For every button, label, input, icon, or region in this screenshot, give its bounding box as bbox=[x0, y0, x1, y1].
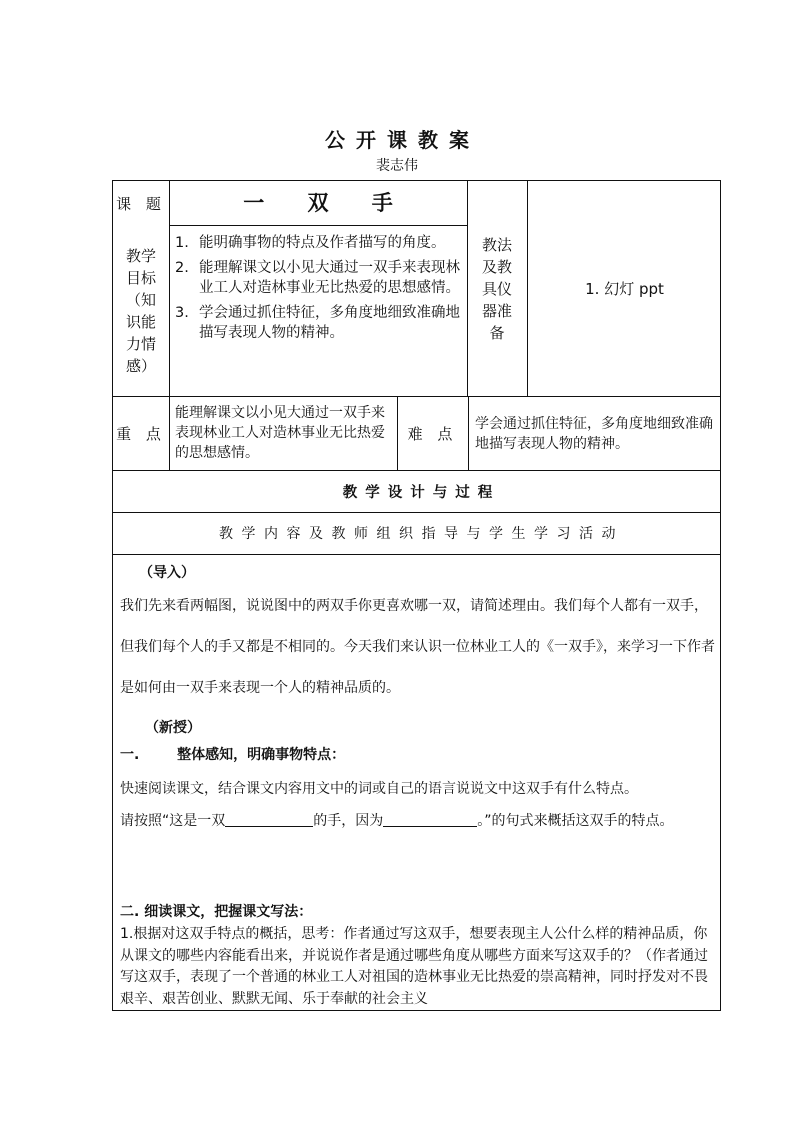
part2-question-1: 1.根据对这双手特点的概括，思考：作者通过写这双手，想要表现主人公什么样的精神品… bbox=[120, 924, 716, 1010]
divider bbox=[169, 225, 467, 226]
document-author: 裴志伟 bbox=[0, 155, 794, 175]
materials-label-cell: 教法及教具仪器准备 bbox=[467, 181, 527, 396]
topic-label: 课 题 bbox=[113, 181, 169, 225]
objective-number: 2. bbox=[175, 258, 199, 298]
prompt-part-c: 。”的句式来概括这双手的特点。 bbox=[477, 813, 673, 829]
objectives-list: 1. 能明确事物的特点及作者描写的角度。 2. 能理解课文以小见大通过一双手来表… bbox=[175, 233, 465, 343]
objective-text: 学会通过抓住特征，多角度地细致准确地描写表现人物的精神。 bbox=[199, 303, 465, 343]
fill-blank-1[interactable] bbox=[225, 812, 313, 827]
part1-prompt: 请按照“这是一双的手，因为。”的句式来概括这双手的特点。 bbox=[120, 801, 716, 842]
part1-text: 快速阅读课文，结合课文内容用文中的词或自己的语言说说文中这双手有什么特点。 bbox=[120, 778, 716, 798]
prompt-part-b: 的手，因为 bbox=[313, 813, 383, 829]
document-title: 公开课教案 bbox=[0, 124, 794, 153]
part1-number: 一. bbox=[120, 747, 139, 763]
objective-item: 2. 能理解课文以小见大通过一双手来表现林业工人对造林事业无比热爱的思想感情。 bbox=[175, 258, 465, 298]
new-lesson-heading: （新授） bbox=[145, 717, 716, 737]
fill-blank-2[interactable] bbox=[383, 812, 477, 827]
objectives-label: 教学目标（知识能力情感） bbox=[124, 245, 158, 377]
divider bbox=[468, 396, 469, 470]
divider bbox=[113, 554, 721, 555]
intro-heading: （导入） bbox=[139, 562, 716, 582]
lesson-title: 一 双 手 bbox=[169, 181, 467, 223]
objective-item: 3. 学会通过抓住特征，多角度地细致准确地描写表现人物的精神。 bbox=[175, 303, 465, 343]
objective-text: 能明确事物的特点及作者描写的角度。 bbox=[199, 233, 465, 253]
part2-heading: 二. 细读课文，把握课文写法： bbox=[120, 901, 716, 921]
intro-paragraph: 我们先来看两幅图，说说图中的两双手你更喜欢哪一双，请简述理由。我们每个人都有一双… bbox=[120, 586, 716, 709]
question-number: 1. bbox=[120, 926, 133, 942]
part1-title: 整体感知，明确事物特点： bbox=[177, 747, 345, 763]
key-point-label: 重 点 bbox=[113, 396, 169, 470]
prompt-part-a: 请按照“这是一双 bbox=[120, 813, 225, 829]
objectives-label-cell: 教学目标（知识能力情感） bbox=[113, 225, 169, 396]
materials-value: 1. 幻灯 ppt bbox=[527, 181, 721, 396]
lesson-plan-table: 课 题 一 双 手 教学目标（知识能力情感） 1. 能明确事物的特点及作者描写的… bbox=[112, 180, 721, 1011]
objective-text: 能理解课文以小见大通过一双手来表现林业工人对造林事业无比热爱的思想感情。 bbox=[199, 258, 465, 298]
objectives-cell: 1. 能明确事物的特点及作者描写的角度。 2. 能理解课文以小见大通过一双手来表… bbox=[175, 233, 465, 348]
part1-heading: 一. 整体感知，明确事物特点： bbox=[120, 744, 716, 764]
objective-item: 1. 能明确事物的特点及作者描写的角度。 bbox=[175, 233, 465, 253]
difficulty-label: 难 点 bbox=[397, 396, 468, 470]
design-section-title: 教学设计与过程 bbox=[113, 470, 721, 512]
difficulty-text: 学会通过抓住特征，多角度地细致准确地描写表现人物的精神。 bbox=[475, 414, 720, 454]
materials-label: 教法及教具仪器准备 bbox=[480, 234, 514, 344]
design-sub-header: 教学内容及教师组织指导与学生学习活动 bbox=[113, 512, 721, 554]
key-point-text: 能理解课文以小见大通过一双手来表现林业工人对造林事业无比热爱的思想感情。 bbox=[175, 403, 395, 463]
objective-number: 3. bbox=[175, 303, 199, 343]
objective-number: 1. bbox=[175, 233, 199, 253]
question-text: 根据对这双手特点的概括，思考：作者通过写这双手，想要表现主人公什么样的精神品质，… bbox=[120, 926, 708, 1007]
